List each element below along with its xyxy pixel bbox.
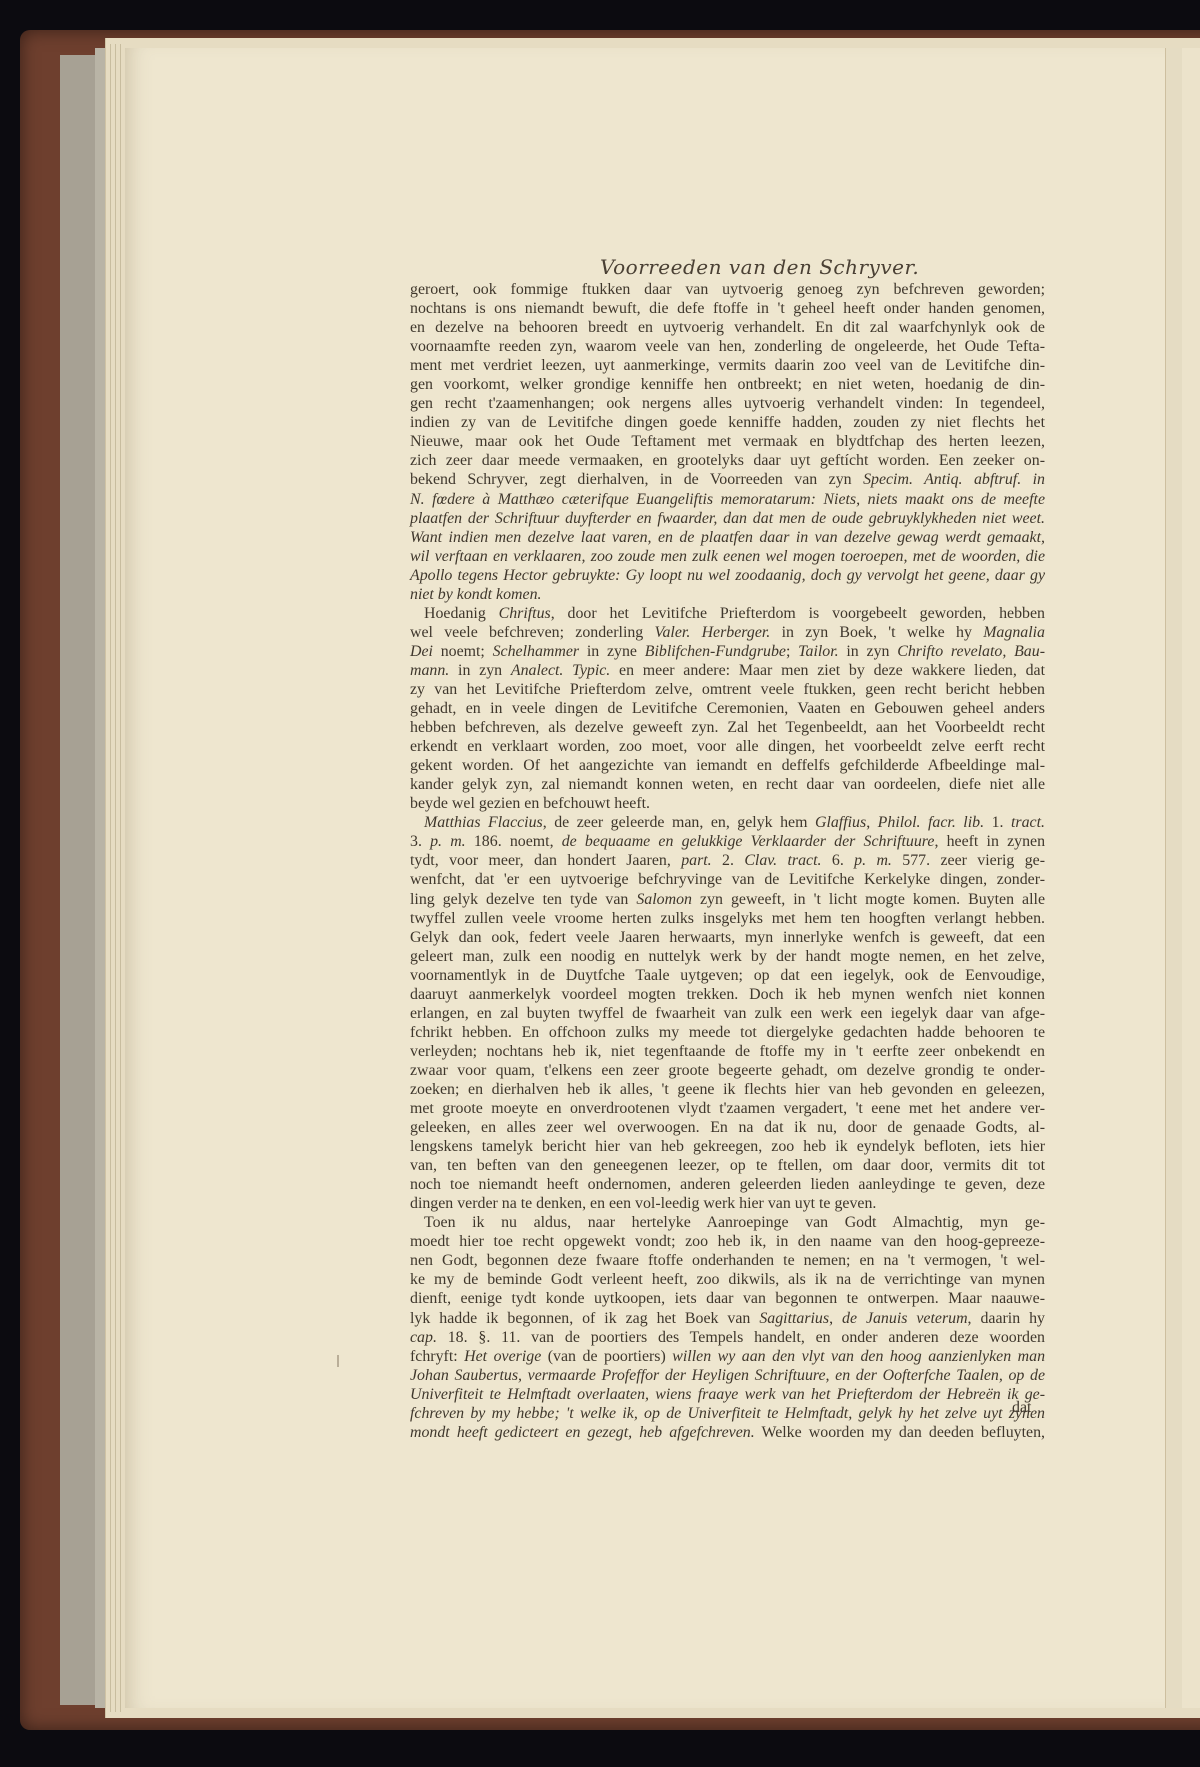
- roman-text: fchryft:: [410, 1348, 464, 1365]
- text-line: dingen verder na te denken, en een vol-l…: [410, 1194, 1045, 1213]
- italic-text: Want indien men dezelve laat varen, en d…: [410, 529, 1045, 546]
- roman-text: 186. noemt,: [466, 833, 562, 850]
- italic-text: Chrifto revelato, Bau-: [897, 643, 1045, 660]
- roman-text: 18. §. 11. van de poortiers des Tempels …: [437, 1329, 1045, 1346]
- roman-text: fchrikt hebben. En offchoon zulks my mee…: [410, 1024, 1045, 1041]
- italic-text: cap.: [410, 1329, 437, 1346]
- text-line: dienft, eenige tydt konde uytkoopen, iet…: [410, 1289, 1045, 1308]
- italic-text: Analect. Typic.: [511, 662, 610, 679]
- roman-text: zwaar voor quam, t'elkens een zeer groot…: [410, 1062, 1045, 1079]
- text-line: zich zeer daar meede vermaaken, en groot…: [410, 451, 1045, 470]
- text-line: voornaamfte reeden zyn, waarom veele van…: [410, 337, 1045, 356]
- roman-text: Hoedanig: [424, 605, 499, 622]
- text-line: zwaar voor quam, t'elkens een zeer groot…: [410, 1061, 1045, 1080]
- text-line: ment met verdriet leezen, uyt aanmerking…: [410, 356, 1045, 375]
- roman-text: en meer andere: Maar men ziet by deze wa…: [610, 662, 1045, 679]
- italic-text: Salomon: [636, 891, 692, 908]
- roman-text: 1.: [984, 814, 1011, 831]
- roman-text: erkendt en verklaart worden, zoo moet, v…: [410, 738, 1045, 755]
- page-body-text: geroert, ook fommige ftukken daar van uy…: [410, 280, 1045, 1442]
- roman-text: in zyne: [579, 643, 645, 660]
- italic-text: Apollo tegens Hector gebruykte: Gy loopt…: [410, 567, 1045, 584]
- text-line: mondt heeft gedicteert en gezegt, heb af…: [410, 1423, 1045, 1442]
- text-line: daaruyt aanmerkelyk voordeel mogten trek…: [410, 985, 1045, 1004]
- roman-text: nochtans is ons niemandt bewuft, die def…: [410, 300, 1045, 317]
- italic-text: Tailor.: [798, 643, 839, 660]
- roman-text: zy van het Levitifche Priefterdom zelve,…: [410, 681, 1045, 698]
- italic-text: Magnalia: [983, 624, 1045, 641]
- italic-text: Johan Saubertus, vermaarde Profeffor der…: [410, 1367, 1045, 1384]
- roman-text: zyn geweeft, in 't licht mogte komen. Bu…: [692, 891, 1045, 908]
- roman-text: , daarin hy: [968, 1310, 1045, 1327]
- roman-text: ;: [786, 643, 798, 660]
- text-line: gehadt, en in veele dingen de Levitifche…: [410, 699, 1045, 718]
- text-line: verleyden; nochtans heb ik, niet tegenft…: [410, 1042, 1045, 1061]
- italic-text: de Januis veterum: [842, 1310, 968, 1327]
- text-line: twyffel zullen veele vroome herten zulks…: [410, 909, 1045, 928]
- text-line: zy van het Levitifche Priefterdom zelve,…: [410, 680, 1045, 699]
- roman-text: Nieuwe, maar ook het Oude Teftament met …: [410, 433, 1045, 450]
- roman-text: lengskens tamelyk bericht hier van heb g…: [410, 1138, 1045, 1155]
- italic-text: wil verftaan en verklaaren, zoo zoude me…: [410, 548, 1045, 565]
- text-line: wenfcht, dat 'er een uytvoerige befchryv…: [410, 870, 1045, 889]
- italic-text: mondt heeft gedicteert en gezegt, heb af…: [410, 1424, 755, 1441]
- text-line: geroert, ook fommige ftukken daar van uy…: [410, 280, 1045, 299]
- roman-text: geroert, ook fommige ftukken daar van uy…: [410, 281, 1045, 298]
- roman-text: ling gelyk dezelve ten tyde van: [410, 891, 636, 908]
- text-line: nen Godt, begonnen deze fwaare ftoffe on…: [410, 1251, 1045, 1270]
- text-line: noch toe niemandt heeft ondernomen, ande…: [410, 1175, 1045, 1194]
- italic-text: Specim. Antiq. abftruf. in: [863, 471, 1045, 488]
- italic-text: de bequaame en gelukkige Verklaarder der…: [562, 833, 935, 850]
- text-line: met groote moeyte en onverdrootenen vlyd…: [410, 1099, 1045, 1118]
- roman-text: voornaamfte reeden zyn, waarom veele van…: [410, 338, 1045, 355]
- text-line: gen voorkomt, welker grondige kenniffe h…: [410, 375, 1045, 394]
- italic-text: tract.: [1011, 814, 1045, 831]
- text-line: Gelyk dan ook, federt veele Jaaren herwa…: [410, 928, 1045, 947]
- roman-text: hebben befchreven, als dezelve geweeft z…: [410, 719, 1045, 736]
- roman-text: voornamentlyk in de Duytfche Taale uytge…: [410, 967, 1045, 984]
- roman-text: dienft, eenige tydt konde uytkoopen, iet…: [410, 1290, 1045, 1307]
- text-line: fchreven by my hebbe; 't welke ik, op de…: [410, 1404, 1045, 1423]
- roman-text: in zyn Boek, 't welke hy: [770, 624, 983, 641]
- text-line: wel veele befchreven; zonderling Valer. …: [410, 623, 1045, 642]
- catchword: dat: [1012, 1399, 1031, 1417]
- roman-text: gekent worden. Of het aangezichte van ie…: [410, 757, 1045, 774]
- text-line: tydt, voor meer, dan hondert Jaaren, par…: [410, 851, 1045, 870]
- roman-text: daaruyt aanmerkelyk voordeel mogten trek…: [410, 986, 1045, 1003]
- italic-text: Chriftus: [499, 605, 551, 622]
- italic-text: Dei: [410, 643, 433, 660]
- roman-text: zoeken; en dierhalven heb ik alles, 't g…: [410, 1081, 1045, 1098]
- roman-text: ment met verdriet leezen, uyt aanmerking…: [410, 357, 1045, 374]
- running-head: Voorreeden van den Schryver.: [600, 255, 919, 279]
- text-line: bekend Schryver, zegt dierhalven, in de …: [410, 470, 1045, 489]
- roman-text: moedt hier toe recht opgewekt vondt; zoo…: [410, 1233, 1045, 1250]
- text-line: gekent worden. Of het aangezichte van ie…: [410, 756, 1045, 775]
- text-line: lyk hadde ik begonnen, of ik zag het Boe…: [410, 1309, 1045, 1328]
- roman-text: 577. zeer vierig ge-: [892, 852, 1045, 869]
- roman-text: erlangen, en zal buyten twyffel de fwaar…: [410, 1005, 1045, 1022]
- roman-text: twyffel zullen veele vroome herten zulks…: [410, 910, 1045, 927]
- italic-text: Clav. tract.: [744, 852, 821, 869]
- text-line: fchryft: Het overige (van de poortiers) …: [410, 1347, 1045, 1366]
- text-line: N. fœdere à Matthæo cæterifque Euangelif…: [410, 490, 1045, 509]
- roman-text: lyk hadde ik begonnen, of ik zag het Boe…: [410, 1310, 759, 1327]
- roman-text: noch toe niemandt heeft ondernomen, ande…: [410, 1176, 1045, 1193]
- roman-text: zich zeer daar meede vermaaken, en groot…: [410, 452, 1045, 469]
- roman-text: , heeft in zynen: [934, 833, 1045, 850]
- text-line: indien zy van de Levitifche dingen goede…: [410, 413, 1045, 432]
- text-line: hebben befchreven, als dezelve geweeft z…: [410, 718, 1045, 737]
- italic-text: Valer. Herberger.: [655, 624, 771, 641]
- italic-text: fchreven by my hebbe; 't welke ik, op de…: [410, 1405, 1045, 1422]
- roman-text: gehadt, en in veele dingen de Levitifche…: [410, 700, 1045, 717]
- italic-text: part.: [681, 852, 711, 869]
- text-line: mann. in zyn Analect. Typic. en meer and…: [410, 661, 1045, 680]
- italic-text: Glaffius: [815, 814, 866, 831]
- italic-text: N. fœdere à Matthæo cæterifque Euangelif…: [410, 491, 1045, 508]
- text-line: zoeken; en dierhalven heb ik alles, 't g…: [410, 1080, 1045, 1099]
- text-line: wil verftaan en verklaaren, zoo zoude me…: [410, 547, 1045, 566]
- italic-text: Het overige: [464, 1348, 541, 1365]
- roman-text: nen Godt, begonnen deze fwaare ftoffe on…: [410, 1252, 1045, 1269]
- text-line: van, ten beften van den geneegenen leeze…: [410, 1156, 1045, 1175]
- roman-text: ,: [829, 1310, 842, 1327]
- italic-text: Philol. facr. lib.: [878, 814, 984, 831]
- italic-text: Univerfiteit te Helmftadt overlaaten, wi…: [410, 1386, 1045, 1403]
- roman-text: gen voorkomt, welker grondige kenniffe h…: [410, 376, 1045, 393]
- italic-text: Schelhammer: [493, 643, 580, 660]
- italic-text: willen wy aan den vlyt van den hoog aanz…: [672, 1348, 1045, 1365]
- text-line: kander gelyk zyn, zal niemandt konnen we…: [410, 775, 1045, 794]
- text-line: fchrikt hebben. En offchoon zulks my mee…: [410, 1023, 1045, 1042]
- roman-text: ke my de beminde Godt verleent heeft, zo…: [410, 1271, 1045, 1288]
- text-line: gen recht t'zaamenhangen; ook nergens al…: [410, 394, 1045, 413]
- italic-text: plaatfen der Schriftuur duyfterder en fw…: [410, 510, 1045, 527]
- roman-text: tydt, voor meer, dan hondert Jaaren,: [410, 852, 681, 869]
- text-line: geleeken, en alles zeer wel overwoogen. …: [410, 1118, 1045, 1137]
- text-line: cap. 18. §. 11. van de poortiers des Tem…: [410, 1328, 1045, 1347]
- roman-text: geleeken, en alles zeer wel overwoogen. …: [410, 1119, 1045, 1136]
- roman-text: (van de poortiers): [541, 1348, 672, 1365]
- roman-text: en dezelve na behooren breedt en uytvoer…: [410, 319, 1045, 336]
- roman-text: dingen verder na te denken, en een vol-l…: [410, 1195, 876, 1212]
- text-line: ke my de beminde Godt verleent heeft, zo…: [410, 1270, 1045, 1289]
- italic-text: p. m.: [854, 852, 892, 869]
- text-line: lengskens tamelyk bericht hier van heb g…: [410, 1137, 1045, 1156]
- text-line: Matthias Flaccius, de zeer geleerde man,…: [410, 813, 1045, 832]
- roman-text: Toen ik nu aldus, naar hertelyke Aanroep…: [424, 1214, 1045, 1231]
- italic-text: Sagittarius: [759, 1310, 829, 1327]
- text-line: geleert man, zulk een noodig en nuttelyk…: [410, 947, 1045, 966]
- text-line: Dei noemt; Schelhammer in zyne Biblifche…: [410, 642, 1045, 661]
- text-line: niet by kondt komen.: [410, 585, 1045, 604]
- italic-text: Biblifchen-Fundgrube: [645, 643, 786, 660]
- roman-text: Welke woorden my dan deeden befluyten,: [755, 1424, 1045, 1441]
- margin-mark: [337, 1355, 339, 1367]
- italic-text: mann.: [410, 662, 449, 679]
- roman-text: , de zeer geleerde man, en, gelyk hem: [543, 814, 815, 831]
- roman-text: in zyn: [839, 643, 898, 660]
- roman-text: , door het Levitifche Priefterdom is voo…: [551, 605, 1045, 622]
- book-gutter: [1165, 48, 1183, 1708]
- roman-text: verleyden; nochtans heb ik, niet tegenft…: [410, 1043, 1045, 1060]
- text-line: beyde wel gezien en befchouwt heeft.: [410, 794, 1045, 813]
- roman-text: beyde wel gezien en befchouwt heeft.: [410, 795, 650, 812]
- roman-text: wel veele befchreven; zonderling: [410, 624, 655, 641]
- italic-text: niet by kondt komen.: [410, 586, 542, 603]
- roman-text: indien zy van de Levitifche dingen goede…: [410, 414, 1045, 431]
- italic-text: Matthias Flaccius: [424, 814, 543, 831]
- roman-text: van, ten beften van den geneegenen leeze…: [410, 1157, 1045, 1174]
- text-line: ling gelyk dezelve ten tyde van Salomon …: [410, 890, 1045, 909]
- roman-text: ,: [866, 814, 877, 831]
- roman-text: kander gelyk zyn, zal niemandt konnen we…: [410, 776, 1045, 793]
- text-line: nochtans is ons niemandt bewuft, die def…: [410, 299, 1045, 318]
- text-line: Apollo tegens Hector gebruykte: Gy loopt…: [410, 566, 1045, 585]
- text-line: Univerfiteit te Helmftadt overlaaten, wi…: [410, 1385, 1045, 1404]
- roman-text: Gelyk dan ook, federt veele Jaaren herwa…: [410, 929, 1045, 946]
- text-line: 3. p. m. 186. noemt, de bequaame en gelu…: [410, 832, 1045, 851]
- roman-text: wenfcht, dat 'er een uytvoerige befchryv…: [410, 871, 1045, 888]
- italic-text: p. m.: [430, 833, 466, 850]
- text-line: plaatfen der Schriftuur duyfterder en fw…: [410, 509, 1045, 528]
- text-line: voornamentlyk in de Duytfche Taale uytge…: [410, 966, 1045, 985]
- roman-text: noemt;: [433, 643, 493, 660]
- text-line: moedt hier toe recht opgewekt vondt; zoo…: [410, 1232, 1045, 1251]
- roman-text: bekend Schryver, zegt dierhalven, in de …: [410, 471, 863, 488]
- text-line: en dezelve na behooren breedt en uytvoer…: [410, 318, 1045, 337]
- facing-page-edge: [1182, 48, 1200, 1708]
- text-line: Nieuwe, maar ook het Oude Teftament met …: [410, 432, 1045, 451]
- text-line: Hoedanig Chriftus, door het Levitifche P…: [410, 604, 1045, 623]
- roman-text: met groote moeyte en onverdrootenen vlyd…: [410, 1100, 1045, 1117]
- text-line: Johan Saubertus, vermaarde Profeffor der…: [410, 1366, 1045, 1385]
- text-line: Toen ik nu aldus, naar hertelyke Aanroep…: [410, 1213, 1045, 1232]
- roman-text: 3.: [410, 833, 430, 850]
- roman-text: gen recht t'zaamenhangen; ook nergens al…: [410, 395, 1045, 412]
- text-line: erlangen, en zal buyten twyffel de fwaar…: [410, 1004, 1045, 1023]
- roman-text: 6.: [822, 852, 855, 869]
- text-line: erkendt en verklaart worden, zoo moet, v…: [410, 737, 1045, 756]
- roman-text: 2.: [712, 852, 745, 869]
- roman-text: geleert man, zulk een noodig en nuttelyk…: [410, 948, 1045, 965]
- text-line: Want indien men dezelve laat varen, en d…: [410, 528, 1045, 547]
- roman-text: in zyn: [449, 662, 511, 679]
